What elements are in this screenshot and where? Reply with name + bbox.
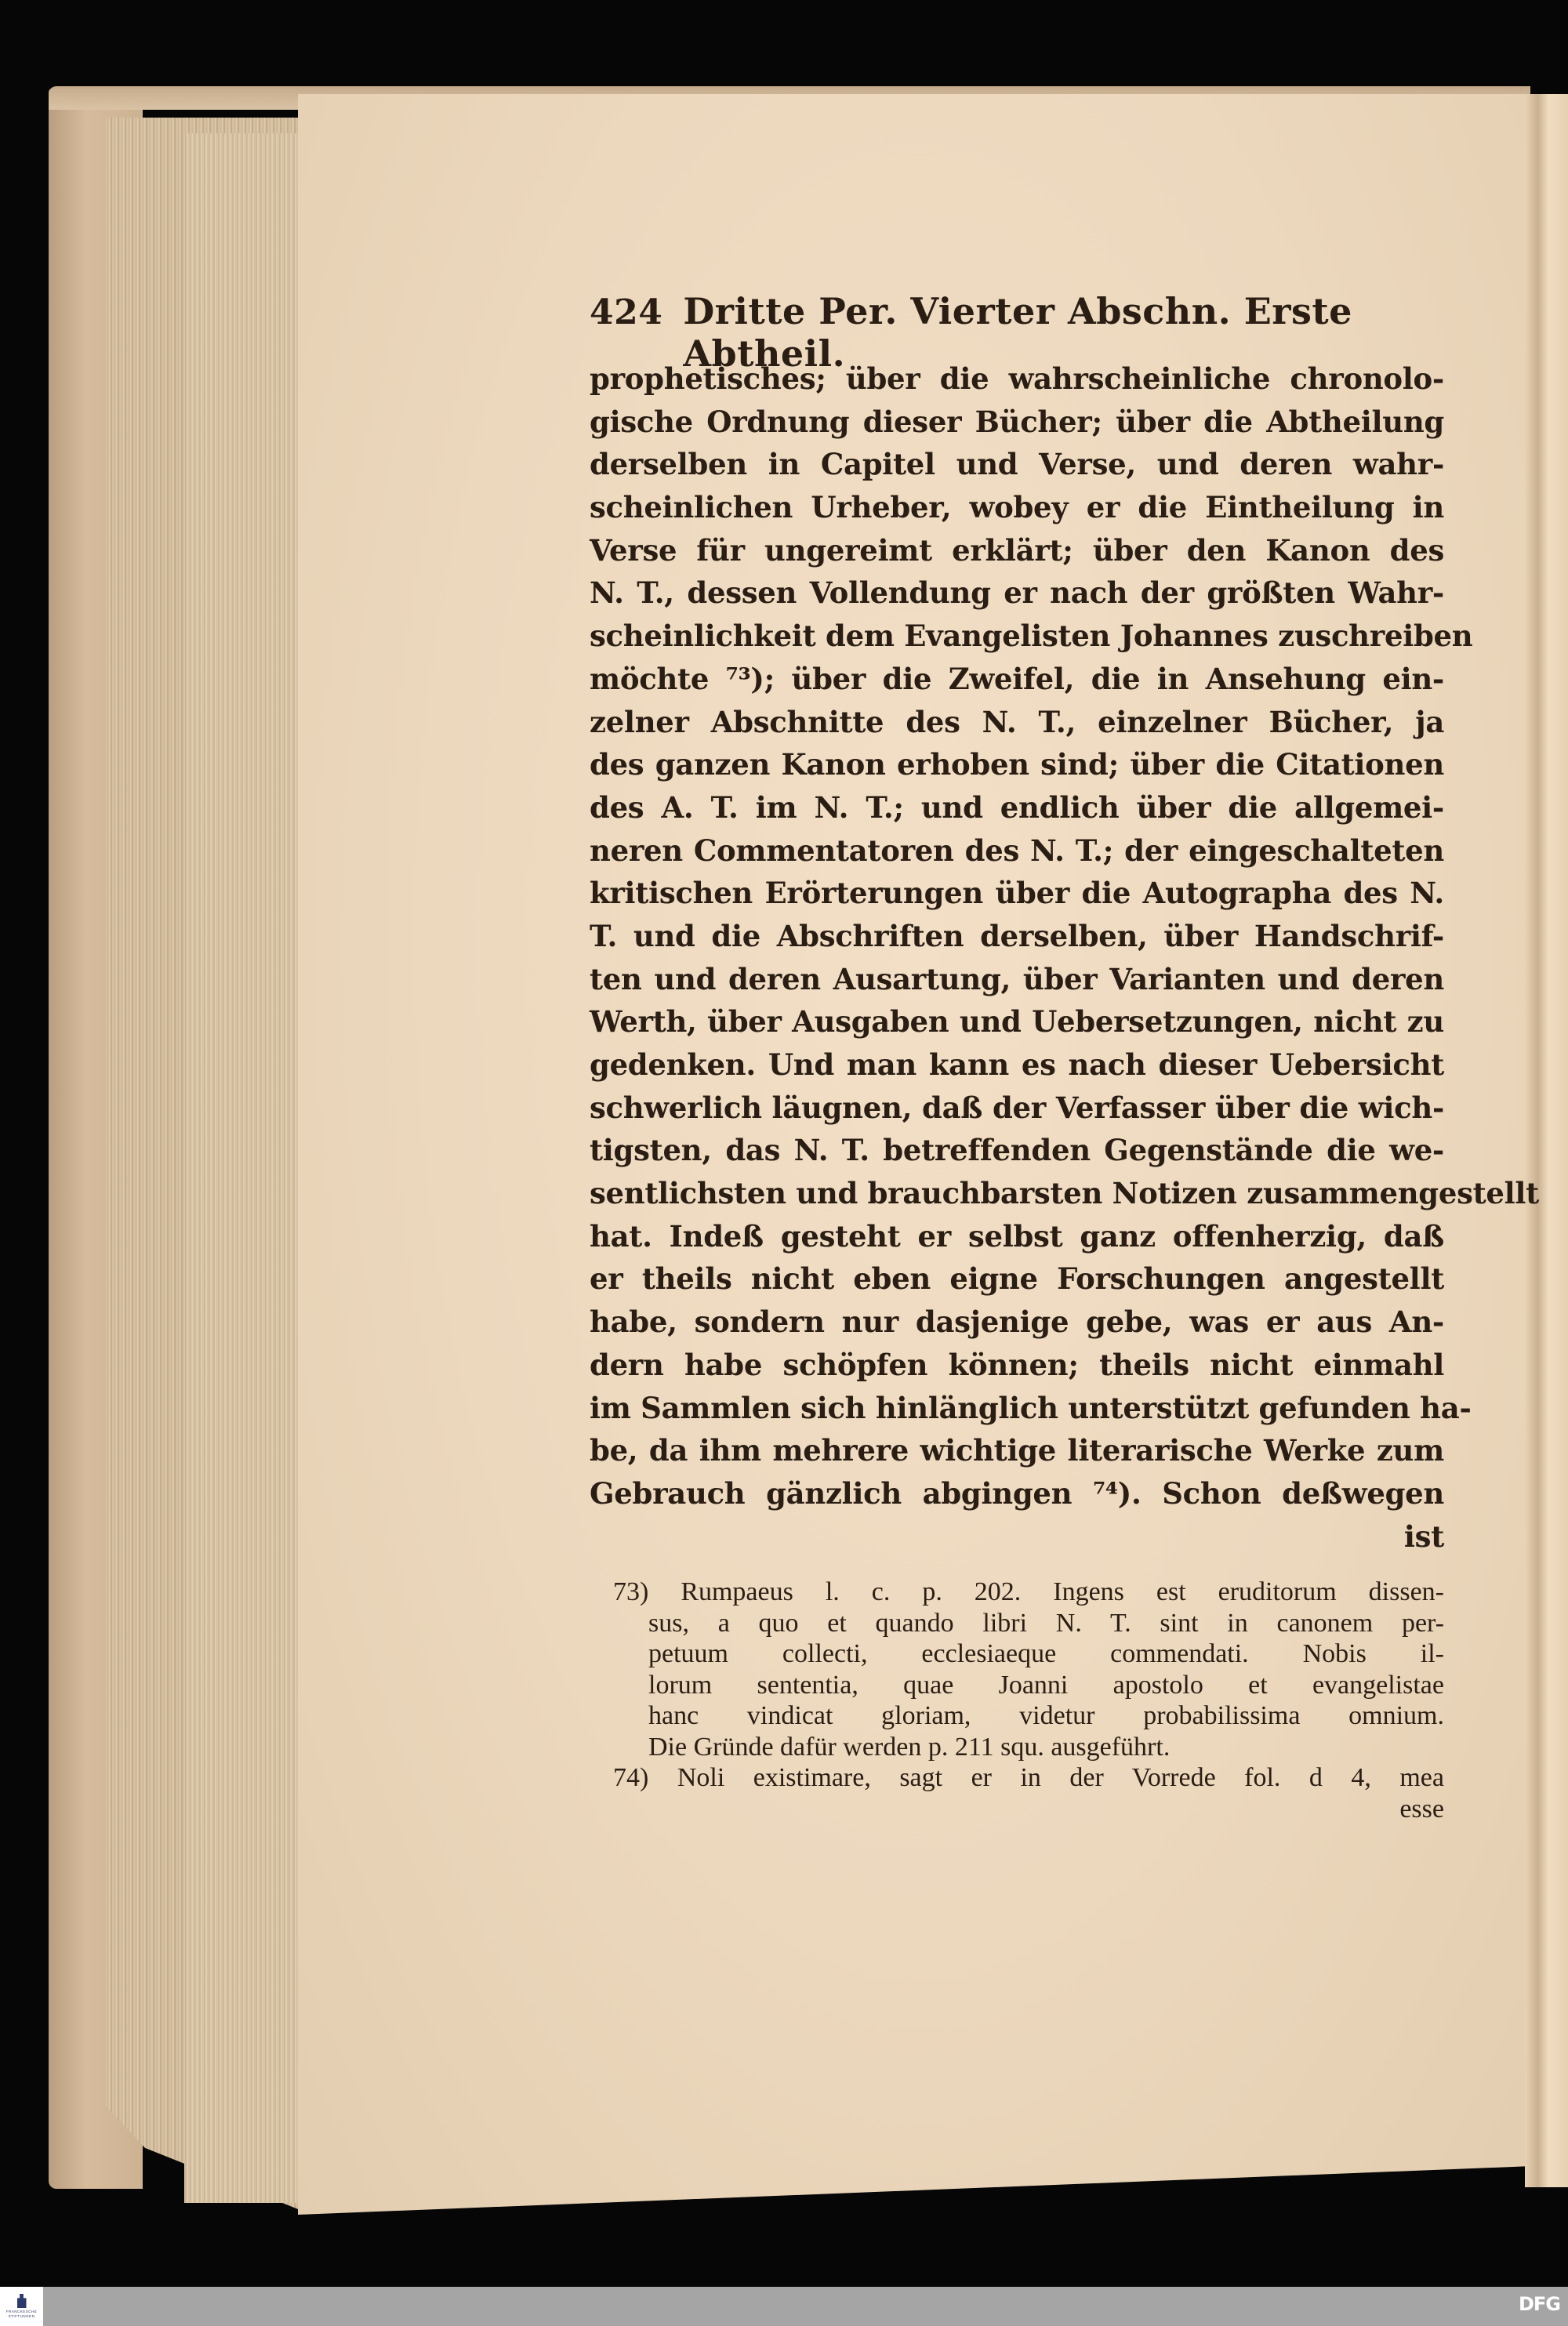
body-line: scheinlichen Urheber, wobey er die Einth… bbox=[590, 486, 1444, 529]
body-line: er theils nicht eben eigne Forschungen a… bbox=[590, 1257, 1444, 1301]
footnote-73-line: sus, a quo et quando libri N. T. sint in… bbox=[613, 1608, 1444, 1639]
footnote-73-line: lorum sententia, quae Joanni apostolo et… bbox=[613, 1670, 1444, 1701]
footnote-73-line: petuum collecti, ecclesiaeque commendati… bbox=[613, 1638, 1444, 1670]
body-line: möchte ⁷³); über die Zweifel, die in Ans… bbox=[590, 658, 1444, 701]
page-gutter bbox=[1525, 94, 1568, 2187]
body-line: prophetisches; über die wahrscheinliche … bbox=[590, 357, 1444, 401]
body-line: ten und deren Ausartung, über Varianten … bbox=[590, 958, 1444, 1001]
body-line: habe, sondern nur dasjenige gebe, was er… bbox=[590, 1301, 1444, 1344]
footnote-73-line: 73) Rumpaeus l. c. p. 202. Ingens est er… bbox=[613, 1577, 1444, 1608]
body-line: sentlichsten und brauchbarsten Notizen z… bbox=[590, 1172, 1444, 1215]
running-head: 424 Dritte Per. Vierter Abschn. Erste Ab… bbox=[590, 290, 1444, 340]
body-line: neren Commentatoren des N. T.; der einge… bbox=[590, 829, 1444, 873]
footnote-marker: 74) bbox=[613, 1763, 648, 1792]
body-line: schwerlich läugnen, daß der Verfasser üb… bbox=[590, 1087, 1444, 1130]
body-line: derselben in Capitel und Verse, und dere… bbox=[590, 443, 1444, 486]
footnote-73-line: Die Gründe dafür werden p. 211 squ. ausg… bbox=[613, 1732, 1444, 1763]
statue-icon bbox=[17, 2294, 27, 2308]
page-stack-inner bbox=[184, 133, 302, 2203]
logo-caption: FRANCKESCHE STIFTUNGEN bbox=[0, 2310, 43, 2319]
body-line: Werth, über Ausgaben und Uebersetzungen,… bbox=[590, 1000, 1444, 1043]
dfg-logo[interactable]: DFG bbox=[1519, 2293, 1560, 2315]
footnote-text: Noli existimare, sagt er in der Vorrede … bbox=[677, 1763, 1444, 1792]
body-line: des ganzen Kanon erhoben sind; über die … bbox=[590, 743, 1444, 786]
body-line: des A. T. im N. T.; und endlich über die… bbox=[590, 786, 1444, 829]
footnotes: 73) Rumpaeus l. c. p. 202. Ingens est er… bbox=[590, 1577, 1444, 1824]
footnote-marker: 73) bbox=[613, 1577, 648, 1606]
body-line: gische Ordnung dieser Bücher; über die A… bbox=[590, 401, 1444, 444]
scan-background: 424 Dritte Per. Vierter Abschn. Erste Ab… bbox=[0, 0, 1568, 2287]
body-line: N. T., dessen Vollendung er nach der grö… bbox=[590, 572, 1444, 615]
page-number: 424 bbox=[590, 292, 662, 332]
body-line: gedenken. Und man kann es nach dieser Ue… bbox=[590, 1043, 1444, 1087]
footnote-text: Rumpaeus l. c. p. 202. Ingens est erudit… bbox=[681, 1577, 1444, 1606]
page-text-block: 424 Dritte Per. Vierter Abschn. Erste Ab… bbox=[590, 290, 1444, 1824]
body-line: T. und die Abschriften derselben, über H… bbox=[590, 915, 1444, 958]
body-line: Verse für ungereimt erklärt; über den Ka… bbox=[590, 529, 1444, 572]
body-line: hat. Indeß gesteht er selbst ganz offenh… bbox=[590, 1215, 1444, 1258]
franckesche-stiftungen-logo[interactable]: FRANCKESCHE STIFTUNGEN bbox=[0, 2287, 43, 2326]
body-line: zelner Abschnitte des N. T., einzelner B… bbox=[590, 701, 1444, 744]
body-line: im Sammlen sich hinlänglich unterstützt … bbox=[590, 1387, 1444, 1430]
body-text: prophetisches; über die wahrscheinliche … bbox=[590, 357, 1444, 1558]
body-line: Gebrauch gänzlich abgingen ⁷⁴). Schon de… bbox=[590, 1472, 1444, 1515]
body-line: tigsten, das N. T. betreffenden Gegenstä… bbox=[590, 1129, 1444, 1172]
body-line: scheinlichkeit dem Evangelisten Johannes… bbox=[590, 615, 1444, 658]
footnote-74-line: 74) Noli existimare, sagt er in der Vorr… bbox=[613, 1762, 1444, 1794]
catchword: ist bbox=[590, 1515, 1444, 1559]
body-line: be, da ihm mehrere wichtige literarische… bbox=[590, 1429, 1444, 1472]
viewer-footer-bar: FRANCKESCHE STIFTUNGEN DFG bbox=[0, 2287, 1568, 2326]
footnote-catchword: esse bbox=[613, 1794, 1444, 1825]
body-line: kritischen Erörterungen über die Autogra… bbox=[590, 872, 1444, 915]
footnote-73-line: hanc vindicat gloriam, videtur probabili… bbox=[613, 1700, 1444, 1732]
body-line: dern habe schöpfen können; theils nicht … bbox=[590, 1344, 1444, 1387]
